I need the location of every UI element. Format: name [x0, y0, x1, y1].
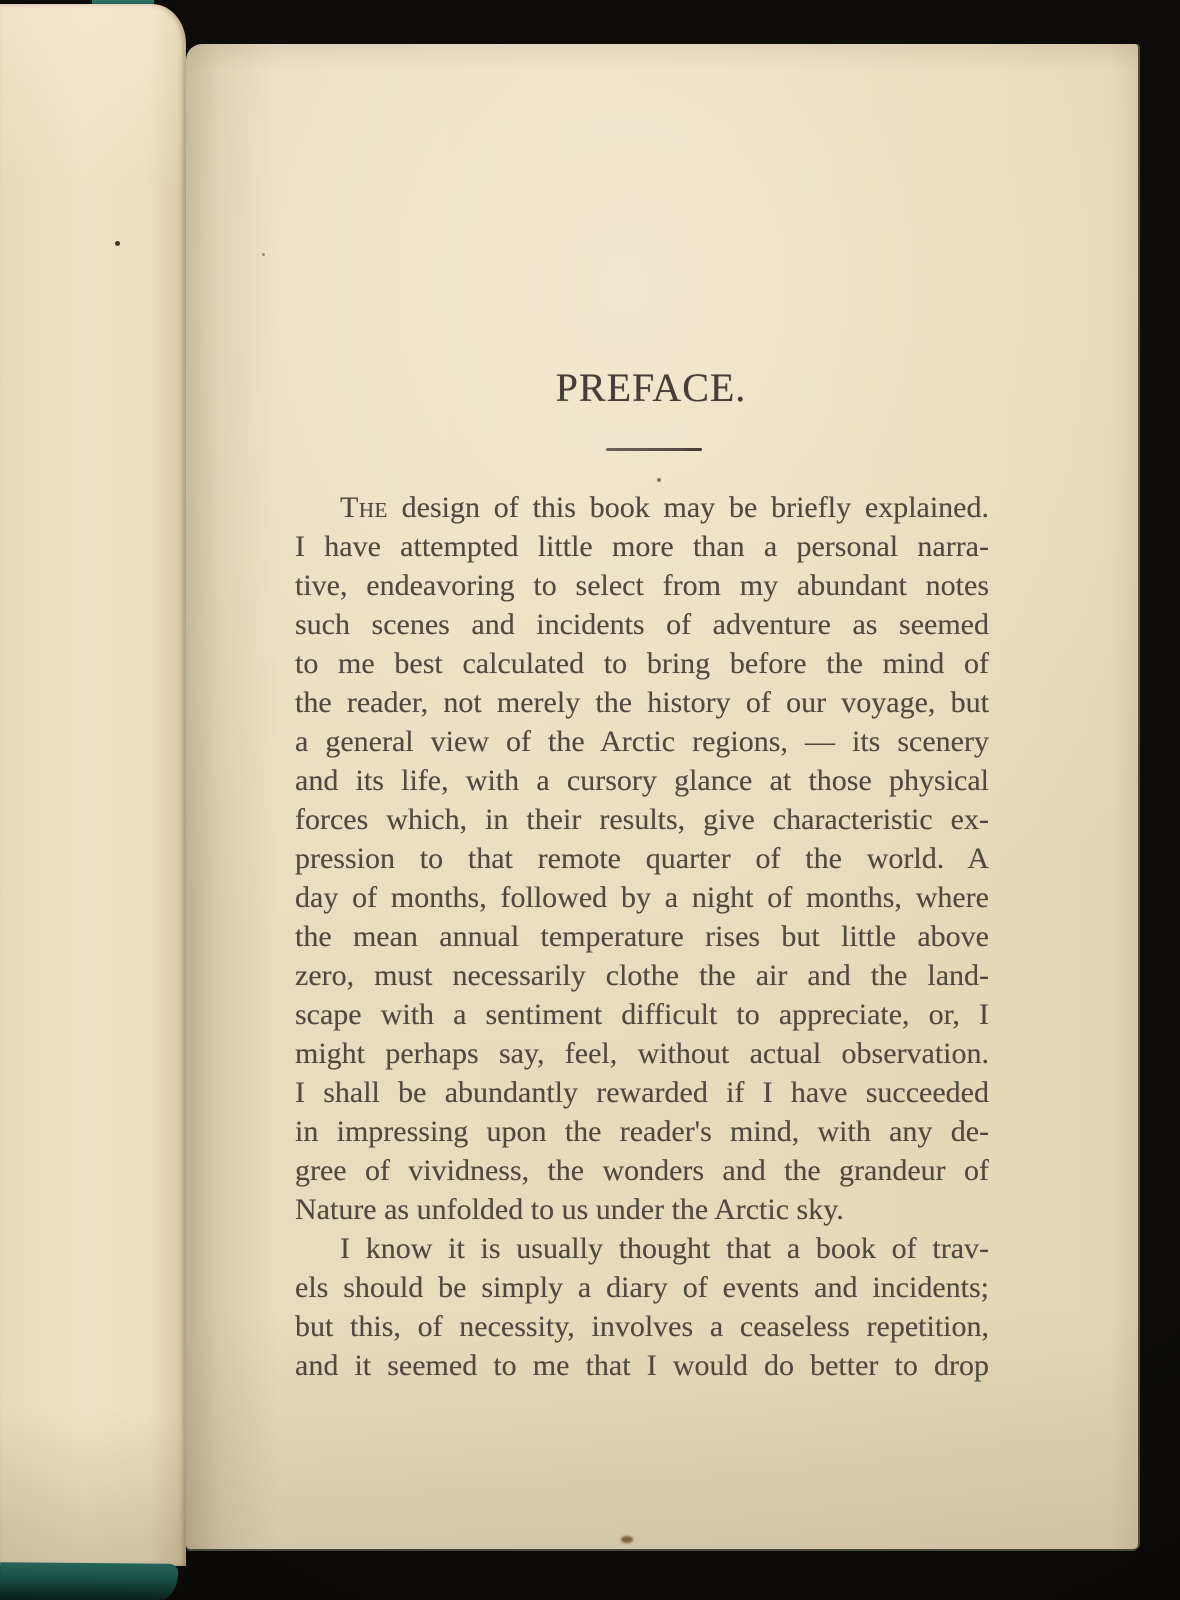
text-line: zero, must necessarily clothe the air an…: [295, 956, 989, 995]
text-line: I have attempted little more than a pers…: [295, 527, 989, 566]
dust-speck: [657, 478, 661, 482]
text-line: gree of vividness, the wonders and the g…: [295, 1151, 989, 1190]
dust-speck: [262, 253, 265, 256]
text-line: and it seemed to me that I would do bett…: [295, 1346, 989, 1385]
text-line: the reader, not merely the history of ou…: [295, 683, 989, 722]
book-cover-edge-bottom: [0, 1562, 178, 1600]
text-line: such scenes and incidents of adventure a…: [295, 605, 989, 644]
preface-text-block: The design of this book may be briefly e…: [295, 488, 989, 1385]
text-line: a general view of the Arctic regions, — …: [295, 722, 989, 761]
text-line: might perhaps say, feel, without actual …: [295, 1034, 989, 1073]
text-line: the mean annual temperature rises but li…: [295, 917, 989, 956]
left-page-fore-edge: [0, 4, 186, 1566]
book-page: PREFACE. The design of this book may be …: [186, 44, 1138, 1549]
book-photograph: PREFACE. The design of this book may be …: [0, 0, 1180, 1600]
text-line: pression to that remote quarter of the w…: [295, 839, 989, 878]
text-line: day of months, followed by a night of mo…: [295, 878, 989, 917]
text-line: scape with a sentiment difficult to appr…: [295, 995, 989, 1034]
text-line: I know it is usually thought that a book…: [295, 1229, 989, 1268]
text-line: I shall be abundantly rewarded if I have…: [295, 1073, 989, 1112]
foxing-spot: [621, 1536, 633, 1543]
title-divider-rule: [606, 448, 702, 451]
lead-word-smallcaps: The: [340, 491, 388, 524]
text-line: to me best calculated to bring before th…: [295, 644, 989, 683]
text-line: in impressing upon the reader's mind, wi…: [295, 1112, 989, 1151]
text-line: and its life, with a cursory glance at t…: [295, 761, 989, 800]
dust-speck: [115, 241, 120, 246]
text-line: The design of this book may be briefly e…: [295, 488, 989, 527]
text-line: tive, endeavoring to select from my abun…: [295, 566, 989, 605]
text-line: els should be simply a diary of events a…: [295, 1268, 989, 1307]
text-line: Nature as unfolded to us under the Arcti…: [295, 1190, 989, 1229]
text-line: forces which, in their results, give cha…: [295, 800, 989, 839]
text-line: but this, of necessity, involves a cease…: [295, 1307, 989, 1346]
page-title: PREFACE.: [186, 368, 1116, 408]
